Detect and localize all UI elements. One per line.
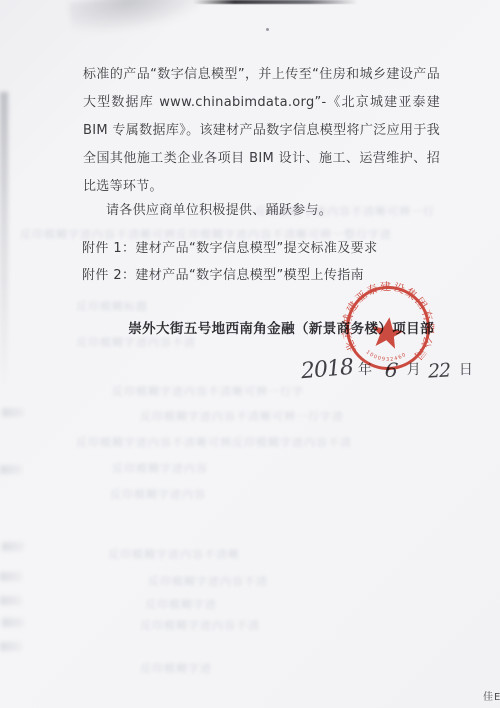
bleed-through-line: 反印模糊字迹内容: [112, 462, 264, 475]
body-paragraph: 标准的产品“数字信息模型”，并上传至“住房和城乡建设产品 BIM 大型数据库 w…: [83, 61, 440, 201]
bleed-through-line: 反印模糊字迹: [140, 662, 220, 675]
left-margin-smudge: [2, 408, 24, 417]
bleed-through-line: 反印模糊字迹内容不清: [76, 336, 244, 349]
closing-sentence: 请各供应商单位积极提供、踊跃参与。: [83, 197, 440, 225]
left-margin-smudge: [2, 618, 24, 627]
bleed-through-line: 反印模糊字迹: [145, 598, 223, 611]
paragraph-line: 大型数据库 www.chinabimdata.org”-《北京城建亚泰建设集团企…: [83, 89, 440, 117]
date-day-label: 日: [459, 359, 473, 382]
paragraph-line: 标准的产品“数字信息模型”，并上传至“住房和城乡建设产品 BIM: [83, 61, 440, 89]
seal-graphic: 北京城建亚泰建设集团有限公司 1000932460: [318, 258, 458, 398]
bleed-through-line: 反印模糊字迹内容不清晰: [108, 548, 296, 561]
bleed-through-line: 反印模糊字迹内容不清: [140, 619, 292, 632]
scanned-document-page: 反印模糊字迹内容不清晰可辨一行 反印模糊字迹内容不清晰可辨反印模糊字迹内容不清晰…: [0, 0, 500, 708]
corner-text-fragment: 佳E: [483, 688, 500, 703]
scan-smudge: [68, 0, 222, 42]
bleed-through-line: 反印模糊标题: [76, 300, 156, 313]
left-margin-smudge: [0, 572, 22, 581]
left-margin-smudge: [0, 596, 22, 605]
attachment-line-1: 附件 1：建材产品“数字信息模型”提交标准及要求: [82, 240, 442, 258]
bleed-through-line: 反印模糊字迹内容不清晰可辨一行字: [112, 385, 340, 398]
paragraph-line: BIM 专属数据库》。该建材产品数字信息模型将广泛应用于我集团及: [83, 117, 440, 145]
left-margin-smudge: [2, 542, 24, 551]
scan-left-shadow: [0, 92, 8, 392]
left-margin-smudge: [0, 642, 22, 651]
bleed-through-line: 反印模糊字迹内容不清: [148, 575, 326, 588]
left-margin-smudge: [0, 465, 22, 474]
official-seal: 北京城建亚泰建设集团有限公司 1000932460: [318, 258, 458, 398]
bleed-through-line: 反印模糊字迹内容不清晰可辨一行字迹: [140, 410, 388, 423]
scan-speck: [266, 28, 269, 31]
seal-star-icon: [369, 315, 405, 350]
bleed-through-line: 反印模糊字迹内容不清晰可辨反印模糊字迹内容不清: [76, 436, 398, 449]
paragraph-line: 全国其他施工类企业各项目 BIM 设计、施工、运营维护、招采、方案: [83, 145, 440, 173]
bleed-through-line: 反印模糊字迹内容: [110, 488, 258, 501]
